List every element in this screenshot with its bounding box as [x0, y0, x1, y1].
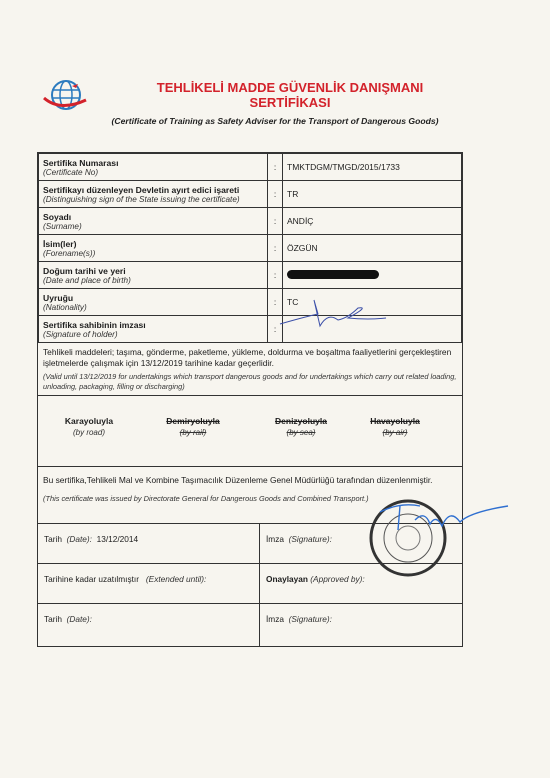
info-row: Sertifika sahibinin imzası(Signature of … [39, 316, 462, 343]
field-value: ANDİÇ [283, 208, 462, 235]
info-row: Uyruğu(Nationality):TC [39, 289, 462, 316]
date2-cell: Tarih (Date): [38, 604, 260, 646]
info-row: Doğum tarihi ve yeri(Date and place of b… [39, 262, 462, 289]
field-colon: : [268, 208, 283, 235]
validity-text-tr: Tehlikeli maddeleri; taşıma, gönderme, p… [43, 347, 457, 369]
transport-modes: Karayoluyla(by road) Demiryoluyla(by rai… [38, 396, 462, 467]
field-value [283, 262, 462, 289]
field-colon: : [268, 262, 283, 289]
info-row: Sertifika Numarası(Certificate No):TMKTD… [39, 154, 462, 181]
info-row: İsim(ler)(Forename(s)):ÖZGÜN [39, 235, 462, 262]
holder-signature-icon [278, 298, 388, 328]
field-value: ÖZGÜN [283, 235, 462, 262]
mode-rail: Demiryoluyla(by rail) [148, 416, 238, 437]
globe-logo-icon [40, 78, 88, 114]
extended-until-cell: Tarihine kadar uzatılmıştır (Extended un… [38, 564, 260, 604]
info-row: Soyadı(Surname):ANDİÇ [39, 208, 462, 235]
mode-sea: Denizyoluyla(by sea) [256, 416, 346, 437]
validity-text-en: (Valid until 13/12/2019 for undertakings… [43, 372, 457, 391]
field-label: Sertifika Numarası(Certificate No) [39, 154, 268, 181]
mode-road: Karayoluyla(by road) [44, 416, 134, 437]
certificate-subtitle: (Certificate of Training as Safety Advis… [40, 116, 510, 126]
info-row: Sertifikayı düzenleyen Devletin ayırt ed… [39, 181, 462, 208]
field-colon: : [268, 154, 283, 181]
field-colon: : [268, 181, 283, 208]
validity-section: Tehlikeli maddeleri; taşıma, gönderme, p… [38, 343, 462, 396]
authority-signature-icon [370, 500, 510, 540]
field-colon: : [268, 235, 283, 262]
mode-air: Havayoluyla(by air) [350, 416, 440, 437]
field-label: Soyadı(Surname) [39, 208, 268, 235]
field-label: Sertifikayı düzenleyen Devletin ayırt ed… [39, 181, 268, 208]
field-label: Uyruğu(Nationality) [39, 289, 268, 316]
redacted-value [287, 270, 379, 279]
issue-date: 13/12/2014 [97, 534, 139, 544]
field-label: Doğum tarihi ve yeri(Date and place of b… [39, 262, 268, 289]
holder-info-table: Sertifika Numarası(Certificate No):TMKTD… [38, 153, 462, 343]
date-cell: Tarih (Date): 13/12/2014 [38, 524, 260, 564]
field-value: TR [283, 181, 462, 208]
issuer-text-tr: Bu sertifika,Tehlikeli Mal ve Kombine Ta… [43, 475, 457, 485]
signature2-cell: İmza (Signature): [260, 604, 462, 646]
title-line-2: SERTİFİKASI [100, 95, 480, 110]
field-label: İsim(ler)(Forename(s)) [39, 235, 268, 262]
title-line-1: TEHLİKELİ MADDE GÜVENLİK DANIŞMANI [100, 80, 480, 95]
field-label: Sertifika sahibinin imzası(Signature of … [39, 316, 268, 343]
field-value: TMKTDGM/TMGD/2015/1733 [283, 154, 462, 181]
certificate-title: TEHLİKELİ MADDE GÜVENLİK DANIŞMANI SERTİ… [100, 80, 480, 110]
